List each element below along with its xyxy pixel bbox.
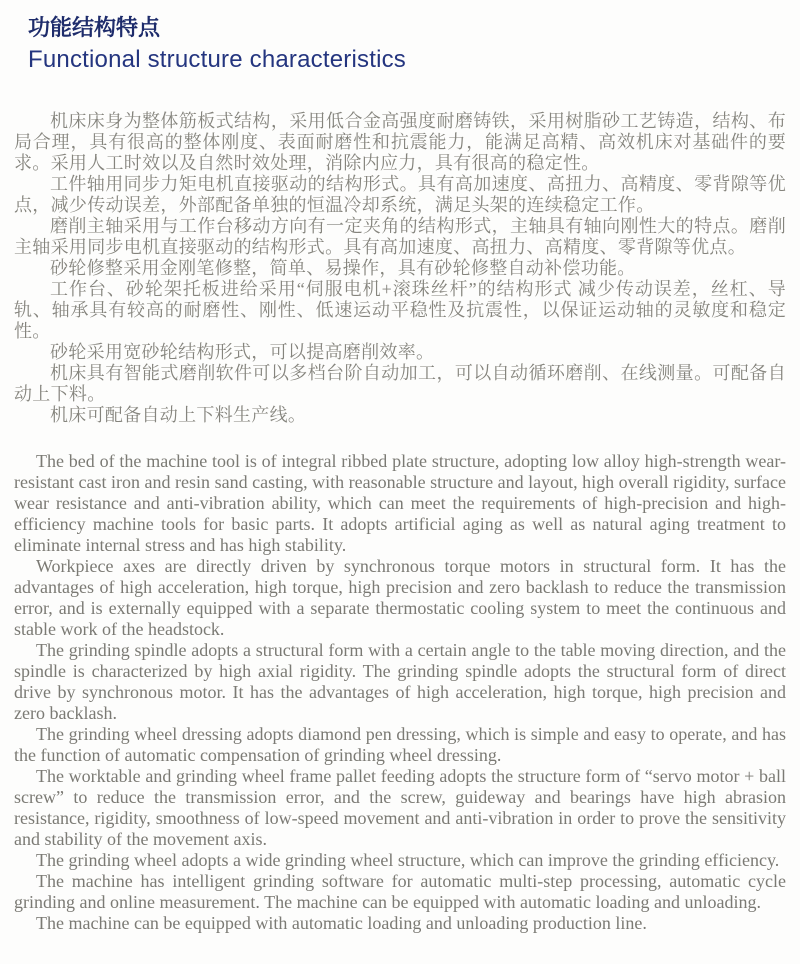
paragraph-zh-workpiece-axis: 工件轴用同步力矩电机直接驱动的结构形式。具有高加速度、高扭力、高精度、零背隙等优… [14, 174, 786, 216]
page-title-chinese: 功能结构特点 [28, 14, 786, 41]
paragraph-en-workpiece-axis: Workpiece axes are directly driven by sy… [14, 556, 786, 640]
paragraph-en-intelligent-software: The machine has intelligent grinding sof… [14, 871, 786, 913]
document-page: 功能结构特点 Functional structure characterist… [0, 0, 800, 964]
paragraph-zh-production-line: 机床可配备自动上下料生产线。 [14, 405, 786, 426]
paragraph-en-servo-ballscrew: The worktable and grinding wheel frame p… [14, 766, 786, 850]
paragraph-zh-grinding-spindle: 磨削主轴采用与工作台移动方向有一定夹角的结构形式，主轴具有轴向刚性大的特点。磨削… [14, 216, 786, 258]
page-title-english: Functional structure characteristics [28, 45, 786, 75]
paragraph-zh-bed-structure: 机床床身为整体筋板式结构，采用低合金高强度耐磨铸铁，采用树脂砂工艺铸造，结构、布… [14, 111, 786, 174]
paragraph-en-grinding-spindle: The grinding spindle adopts a structural… [14, 640, 786, 724]
section-header: 功能结构特点 Functional structure characterist… [28, 14, 786, 75]
paragraph-zh-servo-ballscrew: 工作台、砂轮架托板进给采用“伺服电机+滚珠丝杆”的结构形式 减少传动误差，丝杠、… [14, 279, 786, 342]
paragraph-zh-intelligent-software: 机床具有智能式磨削软件可以多档台阶自动加工，可以自动循环磨削、在线测量。可配备自… [14, 363, 786, 405]
paragraph-zh-wheel-dressing: 砂轮修整采用金刚笔修整，简单、易操作，具有砂轮修整自动补偿功能。 [14, 258, 786, 279]
english-body-section: The bed of the machine tool is of integr… [14, 451, 786, 934]
paragraph-zh-wide-wheel: 砂轮采用宽砂轮结构形式，可以提高磨削效率。 [14, 342, 786, 363]
paragraph-en-wide-wheel: The grinding wheel adopts a wide grindin… [14, 850, 786, 871]
paragraph-en-bed-structure: The bed of the machine tool is of integr… [14, 451, 786, 556]
paragraph-en-wheel-dressing: The grinding wheel dressing adopts diamo… [14, 724, 786, 766]
chinese-body-section: 机床床身为整体筋板式结构，采用低合金高强度耐磨铸铁，采用树脂砂工艺铸造，结构、布… [14, 111, 786, 426]
paragraph-en-production-line: The machine can be equipped with automat… [14, 913, 786, 934]
